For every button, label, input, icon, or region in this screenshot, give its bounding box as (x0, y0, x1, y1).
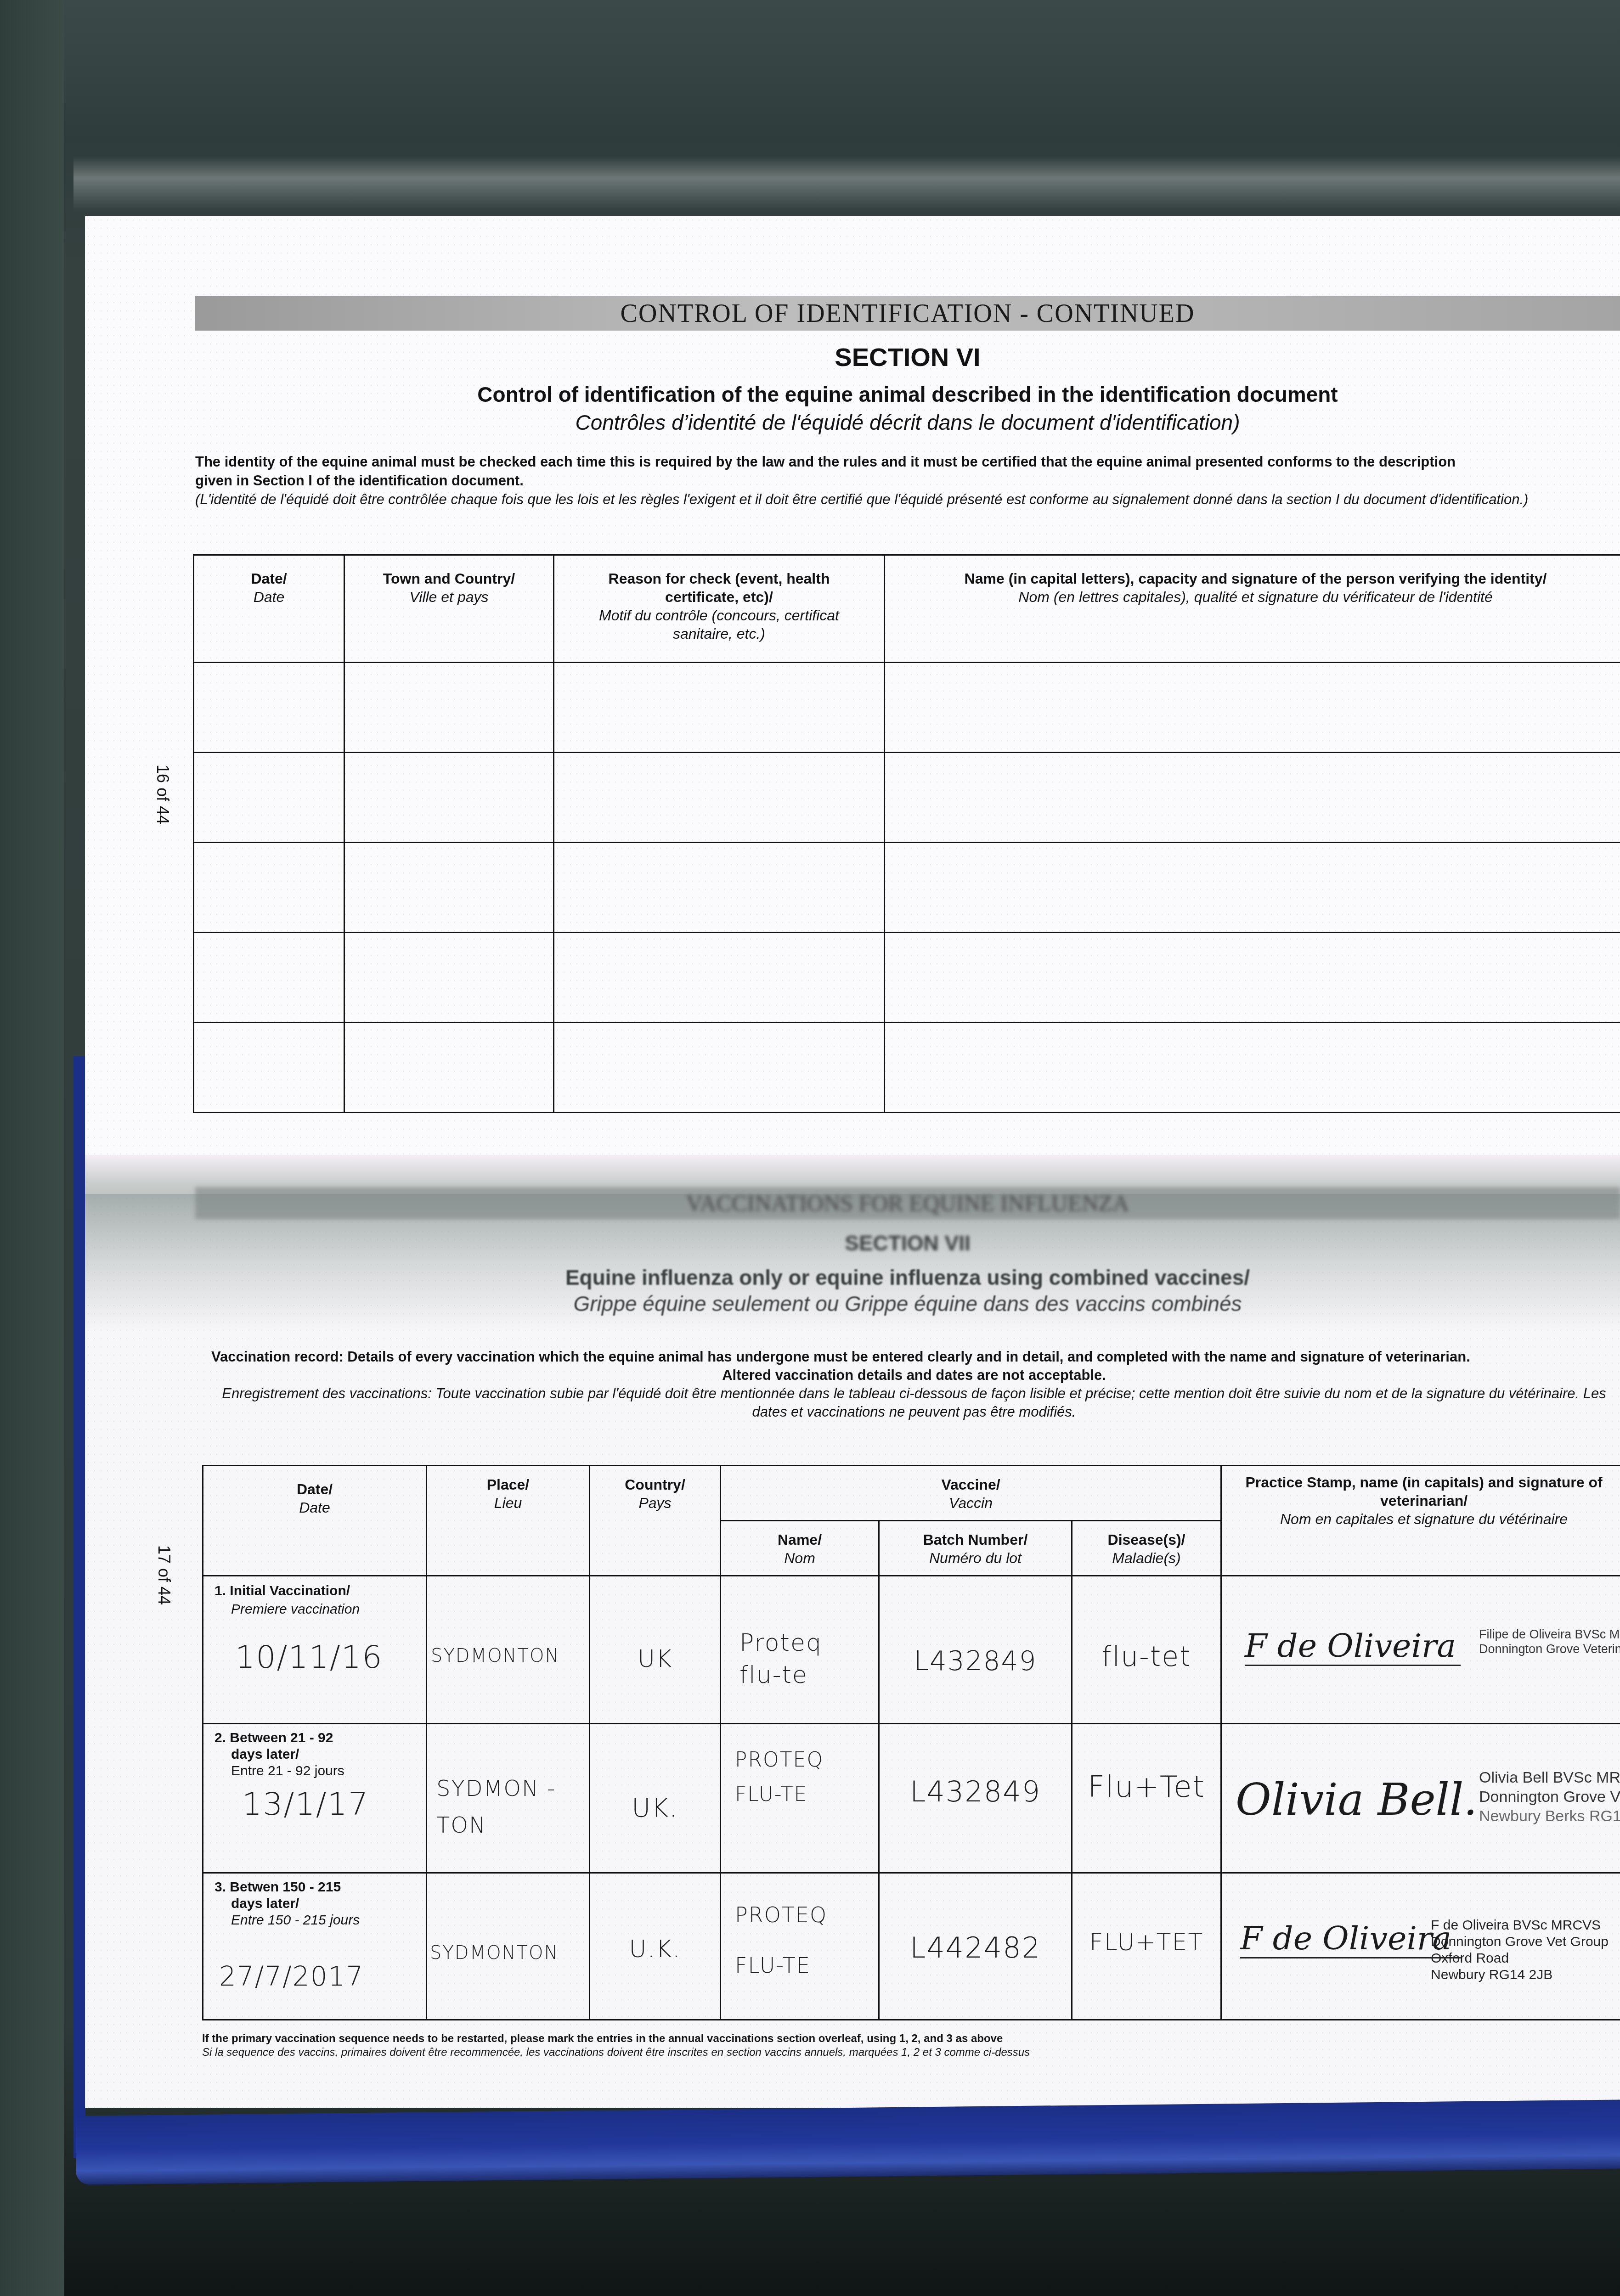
cell-country[interactable]: UK (590, 1576, 721, 1724)
instruction-lead: Vaccination record: Details of every vac… (211, 1348, 1617, 1366)
title-band-text: VACCINATIONS FOR EQUINE INFLUENZA (686, 1190, 1129, 1216)
handwritten-date: 13/1/17 (242, 1786, 426, 1823)
vaccination-row-second: 2. Between 21 - 92 days later/ Entre 21 … (203, 1724, 1620, 1873)
cell-vaccine-name[interactable]: PROTEQ FLU-TE (721, 1873, 879, 2020)
identity-table-header: Date/ Date Town and Country/ Ville et pa… (194, 555, 1620, 663)
page-number-17: 17 of 44 (154, 1545, 174, 1605)
header-stamp: Practice Stamp, name (in capitals) and s… (1221, 1466, 1620, 1576)
identity-table-row (194, 663, 1620, 753)
title-band-text: CONTROL OF IDENTIFICATION - CONTINUED (621, 299, 1195, 328)
cell-verifier[interactable] (885, 843, 1620, 933)
identity-table-row (194, 1023, 1620, 1113)
cell-date[interactable] (194, 663, 344, 753)
cell-date[interactable]: 3. Betwen 150 - 215 days later/ Entre 15… (203, 1873, 427, 2020)
instruction-fr: (L'identité de l'équidé doit être contrô… (195, 490, 1610, 509)
header-date: Date/ Date (194, 555, 344, 663)
header-date: Date/ Date (203, 1466, 427, 1576)
cell-batch[interactable]: L432849 (879, 1724, 1072, 1873)
cell-date[interactable] (194, 753, 344, 843)
cell-place[interactable]: SYDMONTON (427, 1576, 590, 1724)
header-town-country: Town and Country/ Ville et pays (344, 555, 554, 663)
identity-table-row (194, 843, 1620, 933)
cell-date[interactable] (194, 1023, 344, 1113)
cell-date[interactable] (194, 843, 344, 933)
cell-vaccine-name[interactable]: PROTEQ FLU-TE (721, 1724, 879, 1873)
cell-country[interactable]: UK. (590, 1724, 721, 1873)
cell-reason[interactable] (554, 1023, 885, 1113)
scanner-background-edge (0, 0, 64, 2296)
identity-table-row (194, 933, 1620, 1023)
section-heading: SECTION VII (195, 1231, 1620, 1255)
cell-batch[interactable]: L432849 (879, 1576, 1072, 1724)
header-country: Country/ Pays (590, 1466, 721, 1576)
cell-batch[interactable]: L442482 (879, 1873, 1072, 2020)
header-place: Place/ Lieu (427, 1466, 590, 1576)
cell-stamp[interactable]: F de Oliveira F de Oliveira BVSc MRCVS D… (1221, 1873, 1620, 2020)
restart-footnote: If the primary vaccination sequence need… (202, 2032, 1259, 2060)
cell-town[interactable] (344, 1023, 554, 1113)
cell-date[interactable]: 1. Initial Vaccination/ Premiere vaccina… (203, 1576, 427, 1724)
cell-town[interactable] (344, 663, 554, 753)
identity-table-row (194, 753, 1620, 843)
vaccination-instructions: Vaccination record: Details of every vac… (211, 1348, 1617, 1421)
cell-place[interactable]: SYDMONTON (427, 1873, 590, 2020)
header-reason: Reason for check (event, health certific… (554, 555, 885, 663)
cell-town[interactable] (344, 843, 554, 933)
cell-reason[interactable] (554, 663, 885, 753)
passport-cover-spine (73, 1056, 85, 2158)
practice-stamp: Filipe de Oliveira BVSc MRCVS Donnington… (1479, 1627, 1620, 1656)
cell-country[interactable]: U.K. (590, 1873, 721, 2020)
header-vaccine: Vaccine/ Vaccin (721, 1466, 1221, 1521)
cell-town[interactable] (344, 753, 554, 843)
section-subtitle-en: Control of identification of the equine … (195, 382, 1620, 407)
identity-check-table: Date/ Date Town and Country/ Ville et pa… (193, 554, 1620, 1113)
footnote-fr: Si la sequence des vaccins, primaires do… (202, 2046, 1259, 2060)
handwritten-date: 27/7/2017 (219, 1961, 426, 1992)
cell-verifier[interactable] (885, 663, 1620, 753)
vaccination-table-header-1: Date/ Date Place/ Lieu Country/ Pays Vac… (203, 1466, 1620, 1521)
plastic-cover-sheen (73, 156, 1620, 211)
cell-disease[interactable]: FLU+TET (1072, 1873, 1221, 2020)
cell-date[interactable]: 2. Between 21 - 92 days later/ Entre 21 … (203, 1724, 427, 1873)
passport-cover-bottom-edge (76, 2099, 1620, 2184)
header-vaccine-name: Name/ Nom (721, 1521, 879, 1576)
footnote-en: If the primary vaccination sequence need… (202, 2032, 1259, 2046)
practice-stamp: F de Oliveira BVSc MRCVS Donnington Grov… (1431, 1917, 1620, 1983)
instruction-fr: Enregistrement des vaccinations: Toute v… (211, 1384, 1617, 1421)
handwritten-date: 10/11/16 (235, 1639, 426, 1676)
cell-verifier[interactable] (885, 1023, 1620, 1113)
header-disease: Disease(s)/ Maladie(s) (1072, 1521, 1221, 1576)
section-heading: SECTION VI (195, 342, 1620, 372)
section-title-band: CONTROL OF IDENTIFICATION - CONTINUED (195, 296, 1620, 331)
cell-place[interactable]: SYDMON - TON (427, 1724, 590, 1873)
cell-date[interactable] (194, 933, 344, 1023)
instruction-en-line2: given in Section I of the identification… (195, 473, 524, 489)
header-verifier: Name (in capital letters), capacity and … (885, 555, 1620, 663)
cell-stamp[interactable]: Olivia Bell. Olivia Bell BVSc MRCVS Donn… (1221, 1724, 1620, 1873)
practice-stamp: Olivia Bell BVSc MRCVS Donnington Grove … (1479, 1768, 1620, 1826)
cell-reason[interactable] (554, 843, 885, 933)
header-batch: Batch Number/ Numéro du lot (879, 1521, 1072, 1576)
vet-signature: F de Oliveira (1240, 1919, 1461, 1958)
instruction-en-line1: The identity of the equine animal must b… (195, 454, 1456, 470)
cell-verifier[interactable] (885, 933, 1620, 1023)
section-title-band-blurred: VACCINATIONS FOR EQUINE INFLUENZA (195, 1187, 1620, 1219)
vaccination-table: Date/ Date Place/ Lieu Country/ Pays Vac… (202, 1465, 1620, 2020)
vet-signature: F de Oliveira (1245, 1627, 1461, 1666)
cell-disease[interactable]: Flu+Tet (1072, 1724, 1221, 1873)
vaccination-row-initial: 1. Initial Vaccination/ Premiere vaccina… (203, 1576, 1620, 1724)
cell-stamp[interactable]: F de Oliveira Filipe de Oliveira BVSc MR… (1221, 1576, 1620, 1724)
vaccination-row-third: 3. Betwen 150 - 215 days later/ Entre 15… (203, 1873, 1620, 2020)
page-number-16: 16 of 44 (153, 765, 172, 824)
cell-reason[interactable] (554, 753, 885, 843)
cell-town[interactable] (344, 933, 554, 1023)
cell-vaccine-name[interactable]: Proteq flu-te (721, 1576, 879, 1724)
section-subtitle-fr: Contrôles d’identité de l'équidé décrit … (195, 410, 1620, 435)
cell-reason[interactable] (554, 933, 885, 1023)
section-subtitle-fr: Grippe équine seulement ou Grippe équine… (195, 1291, 1620, 1316)
cell-verifier[interactable] (885, 753, 1620, 843)
identity-instructions: The identity of the equine animal must b… (195, 452, 1610, 509)
instruction-warning: Altered vaccination details and dates ar… (211, 1366, 1617, 1384)
vet-signature: Olivia Bell. (1236, 1775, 1478, 1825)
cell-disease[interactable]: flu-tet (1072, 1576, 1221, 1724)
section-subtitle-en: Equine influenza only or equine influenz… (195, 1265, 1620, 1290)
